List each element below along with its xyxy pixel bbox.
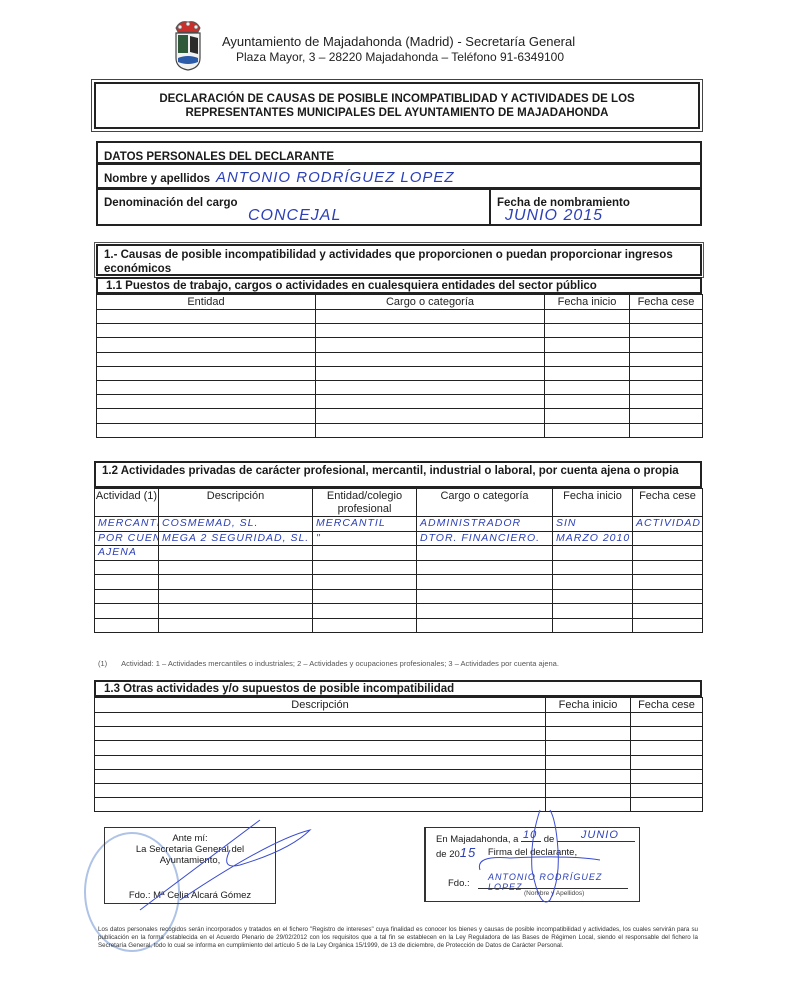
table-cell[interactable]	[545, 324, 630, 338]
table-cell[interactable]	[633, 618, 703, 633]
handwritten-entry: AJENA	[98, 546, 137, 558]
table-cell[interactable]	[553, 560, 633, 575]
secretary-title: La Secretaria General del Ayuntamiento,	[105, 844, 275, 866]
table-cell[interactable]	[95, 575, 159, 590]
table-cell[interactable]	[631, 755, 703, 769]
table-cell[interactable]: ADMINISTRADOR	[417, 517, 553, 532]
footnote-text: Actividad: 1 – Actividades mercantiles o…	[121, 659, 559, 668]
handwritten-entry: MERCANTIL	[316, 517, 386, 529]
handwritten-entry: MEGA 2 SEGURIDAD, SL.	[162, 532, 309, 544]
table-cell[interactable]	[633, 531, 703, 546]
table-cell[interactable]	[316, 380, 545, 394]
table-cell[interactable]	[316, 366, 545, 380]
table-cell[interactable]	[630, 310, 703, 324]
handwritten-entry: COSMEMAD, SL.	[162, 517, 258, 529]
table-cell[interactable]	[95, 560, 159, 575]
table-row	[97, 380, 703, 394]
form-title-line1: DECLARACIÓN DE CAUSAS DE POSIBLE INCOMPA…	[96, 92, 698, 106]
table-cell[interactable]	[546, 755, 631, 769]
table-cell[interactable]	[159, 575, 313, 590]
day-field[interactable]: 10	[521, 841, 541, 842]
table-row	[97, 324, 703, 338]
col-cargo: Cargo o categoría	[417, 489, 553, 517]
table-cell[interactable]	[553, 589, 633, 604]
table-row: AJENA	[95, 546, 703, 561]
table-cell[interactable]	[631, 741, 703, 755]
declarant-signature-box: En Majadahonda, a 10 de JUNIO de 2015 Fi…	[424, 827, 640, 902]
col-entidad-colegio: Entidad/colegio profesional	[313, 489, 417, 517]
table-row	[97, 409, 703, 423]
table-cell[interactable]	[546, 798, 631, 812]
table-cell[interactable]	[630, 380, 703, 394]
handwritten-entry: ACTIVIDAD	[636, 517, 701, 529]
table-cell[interactable]	[546, 727, 631, 741]
form-title-line2: REPRESENTANTES MUNICIPALES DEL AYUNTAMIE…	[96, 106, 698, 120]
table-row	[95, 769, 703, 783]
month-field[interactable]: JUNIO	[557, 841, 635, 842]
table-cell[interactable]	[97, 409, 316, 423]
table-cell[interactable]	[159, 560, 313, 575]
table-cell[interactable]	[313, 560, 417, 575]
name-label: Nombre y apellidos	[104, 173, 210, 185]
table-cell[interactable]: "	[313, 531, 417, 546]
table-cell[interactable]	[545, 423, 630, 437]
table-cell[interactable]	[159, 604, 313, 619]
table-cell[interactable]	[631, 783, 703, 797]
handwritten-entry: MARZO 2010	[556, 532, 630, 544]
table-cell[interactable]	[313, 546, 417, 561]
name-caption: (Nombre y Apellidos)	[524, 890, 584, 897]
table-cell[interactable]	[316, 423, 545, 437]
table-cell[interactable]	[546, 713, 631, 727]
personal-data-heading: DATOS PERSONALES DEL DECLARANTE	[104, 151, 334, 163]
cargo-value: CONCEJAL	[248, 207, 341, 225]
name-field[interactable]: Nombre y apellidos ANTONIO RODRÍGUEZ LOP…	[96, 164, 702, 189]
handwritten-entry: "	[316, 532, 321, 544]
table-row	[95, 727, 703, 741]
section-1-heading: 1.- Causas de posible incompatibilidad y…	[96, 244, 702, 276]
table-cell[interactable]	[631, 713, 703, 727]
table-cell[interactable]: COSMEMAD, SL.	[159, 517, 313, 532]
name-value: ANTONIO RODRÍGUEZ LOPEZ	[216, 169, 455, 186]
table-cell[interactable]	[316, 324, 545, 338]
table-cell[interactable]	[630, 409, 703, 423]
table-cell[interactable]	[545, 395, 630, 409]
table-cell[interactable]	[417, 546, 553, 561]
table-cell[interactable]	[316, 338, 545, 352]
declarant-signature-label: Firma del declarante,	[426, 847, 639, 858]
col-actividad: Actividad (1)	[95, 489, 159, 517]
table-header-row: Descripción Fecha inicio Fecha cese	[95, 698, 703, 713]
handwritten-entry: POR CUENTA	[98, 532, 159, 544]
table-cell[interactable]	[95, 783, 546, 797]
table-cell[interactable]: MERCANTIL	[95, 517, 159, 532]
table-row	[95, 589, 703, 604]
appointment-date-value: JUNIO 2015	[505, 207, 603, 225]
table-cell[interactable]	[313, 604, 417, 619]
before-me-label: Ante mí:	[105, 833, 275, 844]
table-cell[interactable]	[313, 575, 417, 590]
table-cell[interactable]: ACTIVIDAD	[633, 517, 703, 532]
table-row	[95, 618, 703, 633]
table-row	[95, 575, 703, 590]
table-cell[interactable]	[417, 618, 553, 633]
table-row	[95, 783, 703, 797]
section-1-3-heading: 1.3 Otras actividades y/o supuestos de p…	[94, 680, 702, 697]
table-cell[interactable]	[553, 604, 633, 619]
table-cell[interactable]: MARZO 2010	[553, 531, 633, 546]
table-row	[95, 560, 703, 575]
handwritten-entry: MERCANTIL	[98, 517, 159, 529]
table-row	[95, 604, 703, 619]
table-cell[interactable]	[417, 560, 553, 575]
table-row: POR CUENTAMEGA 2 SEGURIDAD, SL."DTOR. FI…	[95, 531, 703, 546]
table-cell[interactable]	[553, 546, 633, 561]
table-cell[interactable]	[97, 395, 316, 409]
table-cell[interactable]	[316, 310, 545, 324]
table-cell[interactable]	[95, 727, 546, 741]
table-cell[interactable]	[630, 366, 703, 380]
col-descripcion: Descripción	[159, 489, 313, 517]
table-cell[interactable]	[545, 352, 630, 366]
table-cell[interactable]	[417, 589, 553, 604]
section-1-1: 1.1 Puestos de trabajo, cargos o activid…	[96, 277, 702, 438]
table-cell[interactable]: SIN	[553, 517, 633, 532]
de-label: de	[544, 834, 555, 845]
table-cell[interactable]	[95, 755, 546, 769]
table-row	[97, 310, 703, 324]
table-row	[95, 755, 703, 769]
col-fecha-cese: Fecha cese	[631, 698, 703, 713]
col-fecha-inicio: Fecha inicio	[545, 295, 630, 310]
table-cell[interactable]	[631, 727, 703, 741]
cargo-field[interactable]: Denominación del cargo CONCEJAL	[98, 190, 491, 224]
table-cell[interactable]	[95, 713, 546, 727]
table-cell[interactable]	[546, 741, 631, 755]
table-cell[interactable]	[97, 423, 316, 437]
table-cell[interactable]	[97, 366, 316, 380]
section-1-3: 1.3 Otras actividades y/o supuestos de p…	[94, 680, 702, 812]
header-institution: Ayuntamiento de Majadahonda (Madrid) - S…	[222, 34, 575, 49]
table-cell[interactable]	[630, 338, 703, 352]
table-cell[interactable]	[97, 324, 316, 338]
place-prefix: En Majadahonda, a	[436, 834, 518, 845]
table-cell[interactable]	[545, 310, 630, 324]
table-cell[interactable]	[313, 589, 417, 604]
table-cell[interactable]	[316, 352, 545, 366]
table-cell[interactable]	[630, 352, 703, 366]
table-cell[interactable]	[633, 546, 703, 561]
table-cell[interactable]	[630, 324, 703, 338]
col-fecha-cese: Fecha cese	[633, 489, 703, 517]
data-protection-notice: Los datos personales recogidos serán inc…	[98, 926, 698, 950]
table-cell[interactable]	[95, 798, 546, 812]
public-sector-table: Entidad Cargo o categoría Fecha inicio F…	[96, 294, 703, 438]
col-fecha-inicio: Fecha inicio	[553, 489, 633, 517]
table-row	[97, 395, 703, 409]
section-1-1-heading: 1.1 Puestos de trabajo, cargos o activid…	[96, 277, 702, 294]
table-cell[interactable]	[95, 618, 159, 633]
personal-data-section: DATOS PERSONALES DEL DECLARANTE Nombre y…	[96, 141, 702, 226]
table-cell[interactable]	[633, 560, 703, 575]
table-cell[interactable]: AJENA	[95, 546, 159, 561]
table-cell[interactable]: MEGA 2 SEGURIDAD, SL.	[159, 531, 313, 546]
table-row	[97, 352, 703, 366]
table-cell[interactable]	[97, 380, 316, 394]
table-row	[95, 741, 703, 755]
handwritten-entry: DTOR. FINANCIERO.	[420, 532, 540, 544]
table-cell[interactable]	[97, 338, 316, 352]
table-row	[97, 338, 703, 352]
table-header-row: Actividad (1) Descripción Entidad/colegi…	[95, 489, 703, 517]
table-cell[interactable]	[631, 798, 703, 812]
header-address: Plaza Mayor, 3 – 28220 Majadahonda – Tel…	[236, 50, 564, 64]
table-row	[97, 366, 703, 380]
table-row	[95, 713, 703, 727]
other-activities-table: Descripción Fecha inicio Fecha cese	[94, 697, 703, 812]
table-cell[interactable]	[97, 310, 316, 324]
table-cell[interactable]	[159, 589, 313, 604]
secretary-name: Fdo.: Mª Celia Alcará Gómez	[105, 890, 275, 901]
table-cell[interactable]: POR CUENTA	[95, 531, 159, 546]
coat-of-arms-icon	[172, 20, 204, 72]
table-cell[interactable]	[95, 769, 546, 783]
table-cell[interactable]	[97, 352, 316, 366]
secretary-signature-box: Ante mí: La Secretaria General del Ayunt…	[104, 827, 276, 904]
table-cell[interactable]	[417, 604, 553, 619]
section-1-2: 1.2 Actividades privadas de carácter pro…	[94, 461, 702, 633]
table-cell[interactable]	[553, 618, 633, 633]
table-cell[interactable]	[95, 741, 546, 755]
handwritten-entry: SIN	[556, 517, 577, 529]
table-cell[interactable]	[95, 589, 159, 604]
col-fecha-cese: Fecha cese	[630, 295, 703, 310]
table-cell[interactable]	[313, 618, 417, 633]
table-header-row: Entidad Cargo o categoría Fecha inicio F…	[97, 295, 703, 310]
handwritten-entry: ADMINISTRADOR	[420, 517, 521, 529]
table-cell[interactable]	[159, 618, 313, 633]
table-cell[interactable]	[546, 783, 631, 797]
private-activities-table: Actividad (1) Descripción Entidad/colegi…	[94, 488, 703, 633]
cargo-label: Denominación del cargo	[104, 197, 238, 209]
col-cargo: Cargo o categoría	[316, 295, 545, 310]
signed-name: ANTONIO RODRÍGUEZ LOPEZ	[488, 872, 639, 892]
table-cell[interactable]	[546, 769, 631, 783]
appointment-date-field[interactable]: Fecha de nombramiento JUNIO 2015	[491, 190, 700, 224]
table-cell[interactable]	[545, 366, 630, 380]
table-row	[95, 798, 703, 812]
table-cell[interactable]: DTOR. FINANCIERO.	[417, 531, 553, 546]
section-1-2-heading: 1.2 Actividades privadas de carácter pro…	[94, 461, 702, 488]
table-cell[interactable]	[553, 575, 633, 590]
table-cell[interactable]	[630, 395, 703, 409]
table-cell[interactable]	[633, 604, 703, 619]
table-row: MERCANTILCOSMEMAD, SL.MERCANTILADMINISTR…	[95, 517, 703, 532]
col-fecha-inicio: Fecha inicio	[546, 698, 631, 713]
table-row	[97, 423, 703, 437]
table-cell[interactable]	[316, 395, 545, 409]
footnote-marker: (1)	[98, 659, 107, 668]
table-cell[interactable]	[633, 575, 703, 590]
table-cell[interactable]	[545, 380, 630, 394]
fdo-label: Fdo.:	[448, 878, 470, 889]
form-title-box: DECLARACIÓN DE CAUSAS DE POSIBLE INCOMPA…	[94, 82, 700, 129]
activity-footnote: (1)Actividad: 1 – Actividades mercantile…	[98, 659, 559, 668]
table-cell[interactable]	[95, 604, 159, 619]
table-cell[interactable]	[545, 409, 630, 423]
table-cell[interactable]	[316, 409, 545, 423]
table-cell[interactable]	[630, 423, 703, 437]
col-descripcion: Descripción	[95, 698, 546, 713]
table-cell[interactable]	[417, 575, 553, 590]
table-cell[interactable]	[631, 769, 703, 783]
table-cell[interactable]: MERCANTIL	[313, 517, 417, 532]
col-entidad: Entidad	[97, 295, 316, 310]
table-cell[interactable]	[633, 589, 703, 604]
table-cell[interactable]	[159, 546, 313, 561]
table-cell[interactable]	[545, 338, 630, 352]
